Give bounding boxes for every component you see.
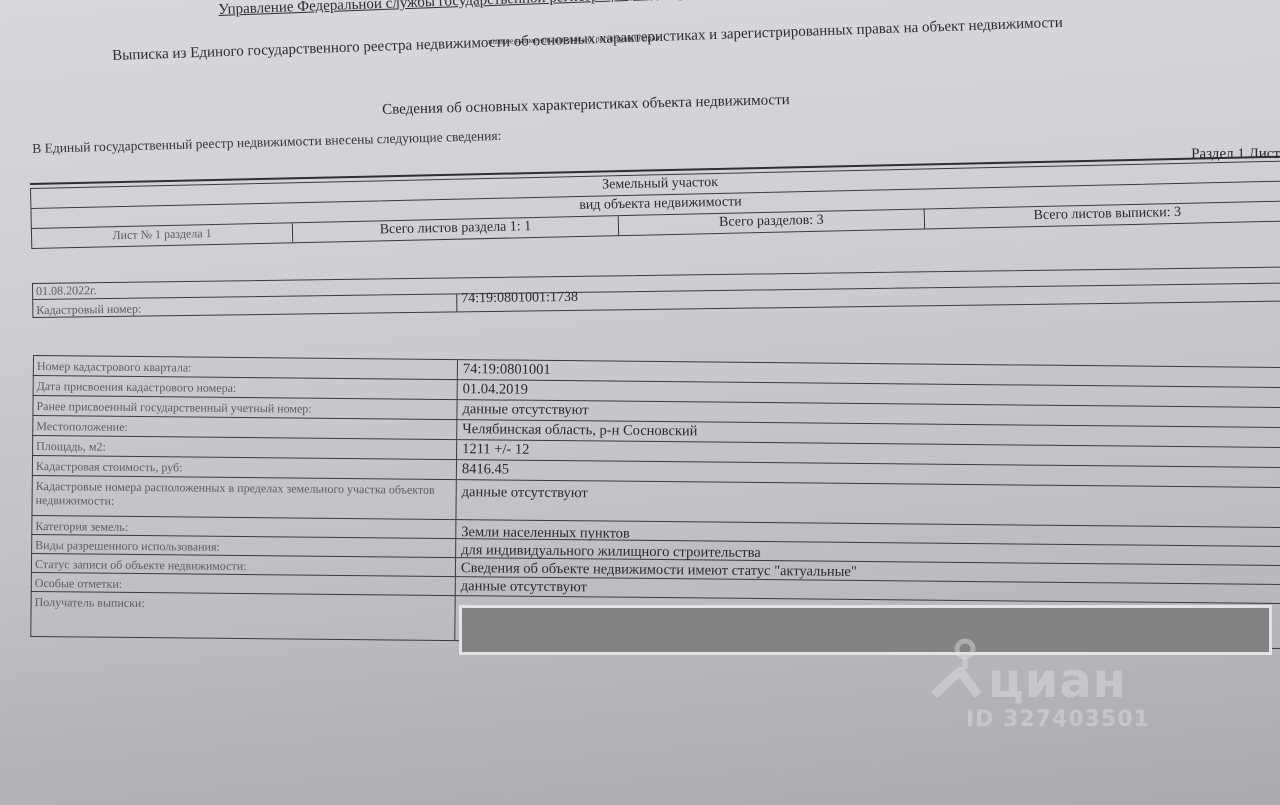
row-label: Дата присвоения кадастрового номера:	[34, 376, 458, 399]
row-label: Номер кадастрового квартала:	[34, 356, 458, 379]
watermark-brand: циан	[988, 653, 1127, 709]
location-pin-house-icon	[930, 635, 990, 705]
row-label: Ранее присвоенный государственный учетны…	[33, 396, 457, 419]
row-label: Кадастровая стоимость, руб:	[33, 456, 457, 479]
redacted-recipient	[459, 605, 1272, 655]
object-header-table: Земельный участок вид объекта недвижимос…	[30, 161, 1280, 249]
row-label: Площадь, м2:	[33, 436, 457, 459]
watermark-id: ID 327403501	[966, 707, 1150, 732]
section-title: Сведения об основных характеристиках объ…	[382, 92, 790, 119]
document-page: Управление Федеральной службы государств…	[0, 0, 1280, 805]
intro-text: В Единый государственный реестр недвижим…	[32, 128, 502, 157]
agency-name: Управление Федеральной службы государств…	[218, 0, 949, 19]
row-label: Кадастровые номера расположенных в преде…	[32, 476, 456, 519]
row-label: Получатель выписки:	[31, 592, 455, 640]
row-label: Местоположение:	[33, 416, 457, 439]
cadastral-number-block: 01.08.2022г. Кадастровый номер: 74:19:08…	[32, 267, 1280, 318]
extract-title: Выписка из Единого государственного реес…	[112, 15, 1063, 65]
row-value: данные отсутствуют	[456, 480, 1280, 527]
